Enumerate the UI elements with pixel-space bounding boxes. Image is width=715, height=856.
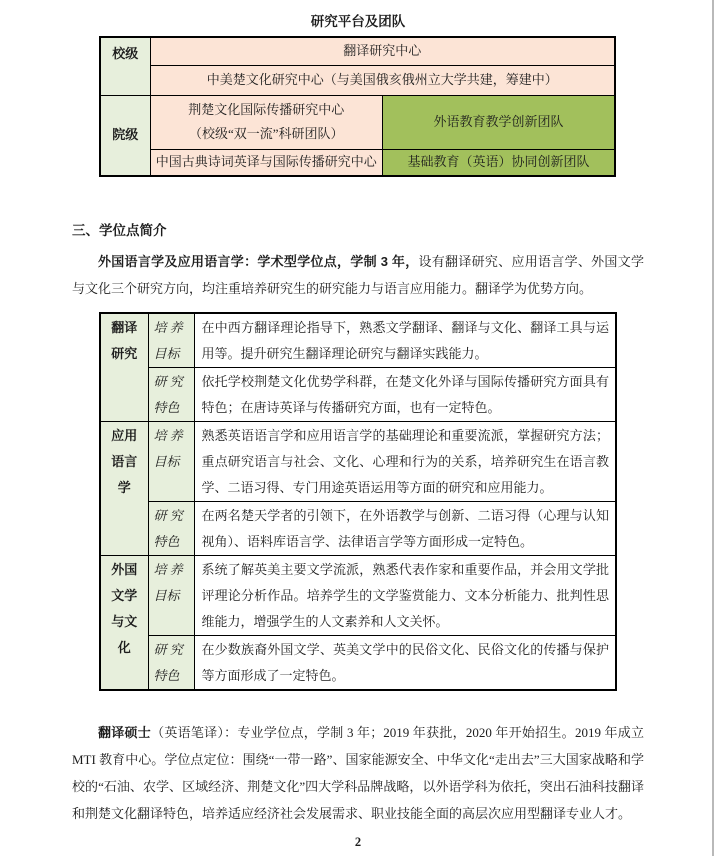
- table-row: 中美楚文化研究中心（与美国俄亥俄州立大学共建，筹建中）: [100, 65, 615, 95]
- applied-linguistics-goal-text-cell: 熟悉英语语言学和应用语言学的基础理论和重要流派，掌握研究方法；重点研究语言与社会…: [194, 422, 616, 502]
- school-center-1-cell: 翻译研究中心: [150, 37, 615, 65]
- research-platform-table: 校级 翻译研究中心 中美楚文化研究中心（与美国俄亥俄州立大学共建，筹建中） 院级…: [99, 36, 616, 177]
- college-center-2-cell: 中国古典诗词英译与国际传播研究中心: [150, 149, 383, 176]
- school-center-2-cell: 中美楚文化研究中心（与美国俄亥俄州立大学共建，筹建中）: [150, 65, 615, 95]
- table-row: 中国古典诗词英译与国际传播研究中心 基础教育（英语）协同创新团队: [100, 149, 615, 176]
- table-row: 研 究 特色 在两名楚天学者的引领下，在外语教学与创新、二语习得（心理与认知视角…: [100, 502, 616, 556]
- feature-label-cell: 研 究 特色: [148, 502, 194, 556]
- direction-translation-cell: 翻译 研究: [100, 313, 148, 422]
- translation-goal-text-cell: 在中西方翻译理论指导下，熟悉文学翻译、翻译与文化、翻译工具与运用等。提升研究生翻…: [194, 313, 616, 368]
- degree-directions-table: 翻译 研究 培 养 目标 在中西方翻译理论指导下，熟悉文学翻译、翻译与文化、翻译…: [99, 312, 617, 691]
- intro-paragraph-lead: 外国语言学及应用语言学：学术型学位点，学制 3 年，: [98, 254, 418, 269]
- college-level-header-cell: 院级: [100, 95, 150, 176]
- direction-foreign-literature-cell: 外国 文学 与文 化: [100, 556, 148, 691]
- table-row: 外国 文学 与文 化 培 养 目标 系统了解英美主要文学流派，熟悉代表作家和重要…: [100, 556, 616, 636]
- college-team-1-cell: 外语教育教学创新团队: [383, 95, 616, 149]
- goal-label-cell: 培 养 目标: [148, 313, 194, 368]
- page-number: 2: [72, 835, 644, 850]
- document-page: 研究平台及团队 校级 翻译研究中心 中美楚文化研究中心（与美国俄亥俄州立大学共建…: [0, 0, 715, 856]
- document-title: 研究平台及团队: [72, 10, 644, 30]
- table-row: 校级 翻译研究中心: [100, 37, 615, 65]
- mti-paragraph-lead: 翻译硕士: [98, 725, 151, 740]
- table-row: 应用 语言 学 培 养 目标 熟悉英语语言学和应用语言学的基础理论和重要流派，掌…: [100, 422, 616, 502]
- direction-applied-linguistics-cell: 应用 语言 学: [100, 422, 148, 556]
- mti-paragraph-body: （英语笔译）：专业学位点，学制 3 年；2019 年获批，2020 年开始招生。…: [72, 725, 644, 821]
- goal-label-cell: 培 养 目标: [148, 556, 194, 636]
- feature-label-cell: 研 究 特色: [148, 636, 194, 691]
- foreign-literature-goal-text-cell: 系统了解英美主要文学流派，熟悉代表作家和重要作品，并会用文学批评理论分析作品。培…: [194, 556, 616, 636]
- table-row: 院级 荆楚文化国际传播研究中心 （校级“双一流”科研团队） 外语教育教学创新团队: [100, 95, 615, 149]
- intro-paragraph: 外国语言学及应用语言学：学术型学位点，学制 3 年，设有翻译研究、应用语言学、外…: [72, 248, 644, 302]
- foreign-literature-feature-text-cell: 在少数族裔外国文学、英美文学中的民俗文化、民俗文化的传播与保护等方面形成了一定特…: [194, 636, 616, 691]
- goal-label-cell: 培 养 目标: [148, 422, 194, 502]
- translation-feature-text-cell: 依托学校荆楚文化优势学科群，在楚文化外译与国际传播研究方面具有特色；在唐诗英译与…: [194, 368, 616, 422]
- table-row: 研 究 特色 依托学校荆楚文化优势学科群，在楚文化外译与国际传播研究方面具有特色…: [100, 368, 616, 422]
- applied-linguistics-feature-text-cell: 在两名楚天学者的引领下，在外语教学与创新、二语习得（心理与认知视角）、语料库语言…: [194, 502, 616, 556]
- table-row: 翻译 研究 培 养 目标 在中西方翻译理论指导下，熟悉文学翻译、翻译与文化、翻译…: [100, 313, 616, 368]
- college-center-1-cell: 荆楚文化国际传播研究中心 （校级“双一流”科研团队）: [150, 95, 383, 149]
- feature-label-cell: 研 究 特色: [148, 368, 194, 422]
- school-level-header-cell: 校级: [100, 37, 150, 95]
- table-row: 研 究 特色 在少数族裔外国文学、英美文学中的民俗文化、民俗文化的传播与保护等方…: [100, 636, 616, 691]
- college-team-2-cell: 基础教育（英语）协同创新团队: [383, 149, 616, 176]
- page-edge-line: [712, 0, 714, 856]
- section-heading: 三、学位点简介: [72, 219, 644, 239]
- mti-paragraph: 翻译硕士（英语笔译）：专业学位点，学制 3 年；2019 年获批，2020 年开…: [72, 719, 644, 827]
